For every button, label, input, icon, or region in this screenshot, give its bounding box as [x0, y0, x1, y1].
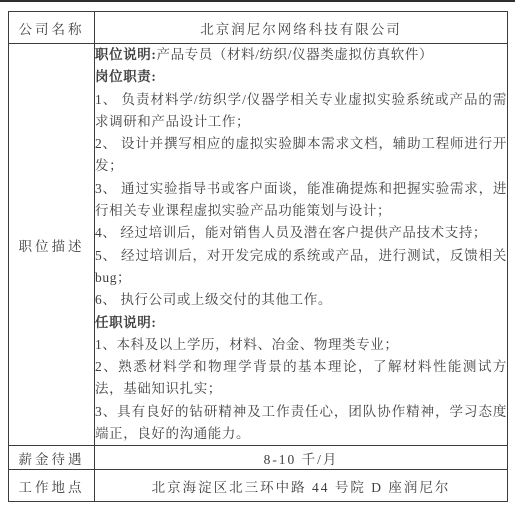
requirement-item: 3、具有良好的钻研精神及工作责任心，团队协作精神，学习态度端正，良好的沟通能力。 [95, 401, 507, 446]
duty-item: 2、 设计并撰写相应的虚拟实验脚本需求文档，辅助工程师进行开发； [95, 133, 507, 178]
location-label: 工作地点 [9, 470, 95, 502]
job-title-heading: 职位说明: [95, 47, 157, 62]
job-title-text: 产品专员（材料/纺织/仪器类虚拟仿真软件） [157, 47, 434, 62]
table-row-company: 公司名称 北京润尼尔网络科技有限公司 [9, 12, 508, 44]
job-posting-table: 公司名称 北京润尼尔网络科技有限公司 职位描述 职位说明:产品专员（材料/纺织/… [8, 11, 508, 502]
salary-label: 薪金待遇 [9, 446, 95, 470]
job-description-label: 职位描述 [9, 44, 95, 446]
salary-value: 8-10 千/月 [95, 446, 508, 470]
location-value: 北京海淀区北三环中路 44 号院 D 座润尼尔 [95, 470, 508, 502]
job-title-line: 职位说明:产品专员（材料/纺织/仪器类虚拟仿真软件） [95, 44, 507, 66]
duty-item: 5、 经过培训后，对开发完成的系统或产品，进行测试，反馈相关bug； [95, 245, 507, 290]
duties-heading: 岗位职责: [95, 66, 507, 88]
job-description-cell: 职位说明:产品专员（材料/纺织/仪器类虚拟仿真软件） 岗位职责: 1、 负责材料… [95, 44, 508, 446]
duty-item: 4、 经过培训后，能对销售人员及潜在客户提供产品技术支持； [95, 222, 507, 244]
requirements-heading: 任职说明: [95, 312, 507, 334]
table-row-salary: 薪金待遇 8-10 千/月 [9, 446, 508, 470]
duty-item: 1、 负责材料学/纺织学/仪器学相关专业虚拟实验系统或产品的需求调研和产品设计工… [95, 89, 507, 134]
requirement-item: 1、本科及以上学历，材料、冶金、物理类专业； [95, 334, 507, 356]
company-name-value: 北京润尼尔网络科技有限公司 [95, 12, 508, 44]
requirement-item: 2、熟悉材料学和物理学背景的基本理论，了解材料性能测试方法，基础知识扎实； [95, 356, 507, 401]
top-divider-line [0, 0, 515, 2]
table-row-description: 职位描述 职位说明:产品专员（材料/纺织/仪器类虚拟仿真软件） 岗位职责: 1、… [9, 44, 508, 446]
company-name-label: 公司名称 [9, 12, 95, 44]
duty-item: 6、 执行公司或上级交付的其他工作。 [95, 289, 507, 311]
table-row-location: 工作地点 北京海淀区北三环中路 44 号院 D 座润尼尔 [9, 470, 508, 502]
duty-item: 3、 通过实验指导书或客户面谈，能准确提炼和把握实验需求，进行相关专业课程虚拟实… [95, 178, 507, 223]
